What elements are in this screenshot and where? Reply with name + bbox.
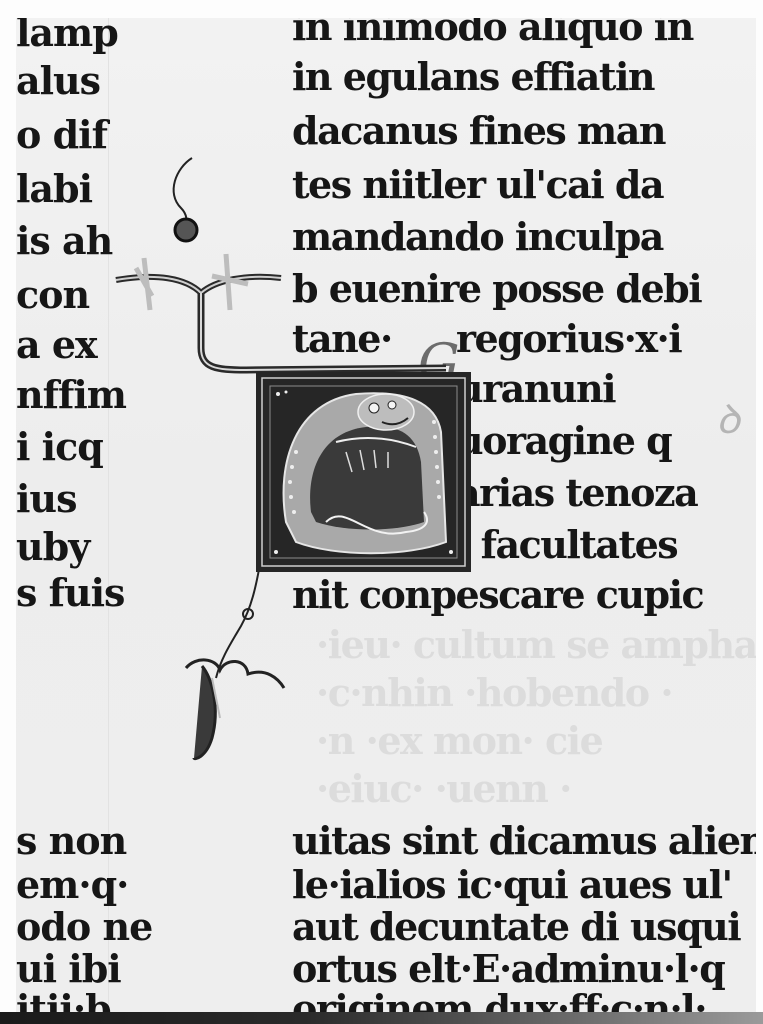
manuscript-page: lamp alus o dif labi is ah con a ex nffi… — [16, 18, 756, 1012]
film-edge — [0, 1012, 763, 1024]
historiated-initial-icon — [256, 372, 471, 572]
